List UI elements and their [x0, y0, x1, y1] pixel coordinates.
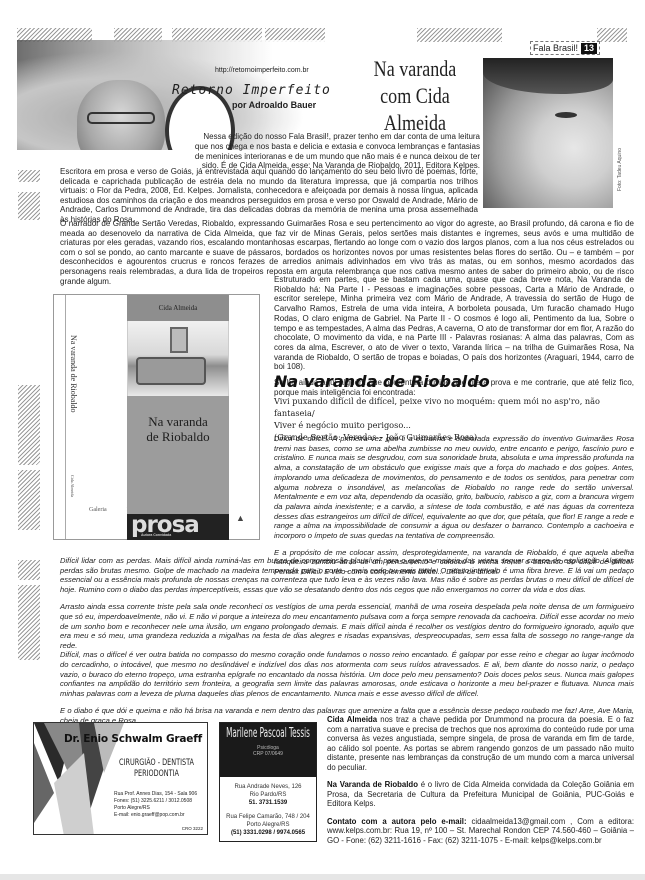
illustration-sofa: [136, 357, 206, 385]
cover-title: Na varanda de Riobaldo: [127, 414, 229, 444]
dentist-email[interactable]: E-mail: enio.graeff@pop.com.br: [114, 812, 197, 819]
office-2-city: Porto Alegre/RS: [220, 821, 316, 829]
dentist-contact: Rua Prof. Annes Dias, 154 - Sala 906 Fon…: [114, 791, 197, 819]
excerpt-continued: Difícil lidar com as perdas. Mais difíci…: [60, 556, 634, 726]
excerpt-paragraph: Difícil de difícel. A primeira vez que l…: [274, 434, 634, 541]
epigraph-line-1: Vivi puxando difícil de difícel, peixe v…: [274, 395, 634, 419]
office-1-city: Rio Pardo/RS: [220, 791, 316, 799]
closing-lead: Na Varanda de Riobaldo: [327, 780, 418, 789]
excerpt-title: Na varanda de Riobaldo: [274, 372, 490, 391]
dentist-specialty: CIRURGIÃO - DENTISTA PERIODONTIA: [112, 758, 201, 780]
specialty-line-2: PERIODONTIA: [112, 769, 201, 780]
closing-paragraph-1: Cida Almeida nos traz a chave pedida por…: [327, 715, 634, 772]
dentist-phones: Fones: (51) 3225.6211 / 3012.0508: [114, 798, 197, 805]
newspaper-page: Fala Brasil! 13 http://retornoimperfeito…: [0, 0, 645, 880]
page-number: 13: [581, 43, 597, 54]
front-cover: Cida Almeida Na varanda de Riobaldo pros…: [127, 295, 229, 540]
author-portrait: [483, 58, 613, 208]
epigraph-line-2: Viver é negócio muito perigoso...: [274, 419, 634, 431]
column-url[interactable]: http://retornoimperfeito.com.br: [215, 67, 309, 74]
psychologist-ad: Marilene Pascoal Tessis Psicóloga CRP 07…: [219, 722, 317, 842]
page-bottom-edge: [0, 874, 645, 880]
glasses-shape: [87, 112, 155, 124]
spine-title: Na varanda de Riobaldo: [69, 335, 78, 413]
office-2-address: Rua Felipe Camarão, 748 / 204: [220, 813, 316, 821]
intro-paragraph: Nessa edição do nosso Fala Brasil!, praz…: [190, 132, 480, 171]
column-title: Retorno Imperfeito: [172, 83, 331, 98]
office-1-address: Rua Andrade Neves, 126: [220, 783, 316, 791]
office-2-phone: (51) 3331.0298 / 9974.0565: [231, 830, 305, 836]
portrait-hair: [483, 58, 613, 94]
contact-lead: Contato com a autora pelo e-mail:: [327, 817, 467, 826]
cover-author: Cida Almeida: [127, 295, 229, 321]
paragraph-2: Estruturado em partes, que se bastam cad…: [274, 275, 634, 372]
portrait-eye: [555, 112, 577, 118]
article-title: Na varanda com Cida Almeida: [354, 55, 477, 136]
logo-galeria: Galeria: [89, 507, 107, 513]
series-subtitle: Autora Convidada: [141, 533, 171, 537]
dentist-cro: CRO 3222: [182, 826, 203, 831]
column-byline: por Adroaldo Bauer: [232, 100, 316, 110]
contact-paragraph: Contato com a autora pelo e-mail: cidaal…: [327, 817, 634, 846]
office-1: Rua Andrade Neves, 126 Rio Pardo/RS 51. …: [220, 783, 316, 807]
cover-title-line-1: Na varanda: [127, 414, 229, 429]
illustration-window: [170, 327, 188, 353]
spine-author: Cida Almeida: [70, 475, 75, 497]
psychologist-header: Marilene Pascoal Tessis Psicóloga CRP 07…: [220, 723, 316, 777]
closing-lead: Cida Almeida: [327, 715, 377, 724]
excerpt-paragraph: Arrasto ainda essa corrente triste pela …: [60, 602, 634, 698]
dentist-city: Porto Alegre/RS: [114, 805, 197, 812]
spine-line: [65, 295, 66, 539]
title-line-1: Na varanda: [354, 55, 477, 82]
title-line-2: com Cida Almeida: [354, 82, 477, 136]
excerpt-paragraph: Difícil lidar com as perdas. Mais difíci…: [60, 556, 634, 594]
closing-text: Cida Almeida nos traz a chave pedida por…: [327, 715, 634, 845]
book-cover-image: Na varanda de Riobaldo Cida Almeida Gale…: [53, 294, 260, 540]
office-2: Rua Felipe Camarão, 748 / 204 Porto Aleg…: [220, 813, 316, 837]
cover-series-band: prosa Autora Convidada: [127, 514, 229, 540]
dentist-address: Rua Prof. Annes Dias, 154 - Sala 906: [114, 791, 197, 798]
cover-illustration: [127, 321, 229, 396]
publication-name: Fala Brasil!: [533, 43, 578, 53]
specialty-line-1: CIRURGIÃO - DENTISTA: [112, 758, 201, 769]
cover-title-line-2: de Riobaldo: [127, 429, 229, 444]
office-1-phone: 51. 3731.1539: [249, 800, 287, 806]
photo-credit: Foto: Tadeu Aquino: [617, 148, 623, 191]
author-bio-paragraph: Escritora em prosa e verso de Goiás, já …: [60, 167, 478, 225]
closing-paragraph-2: Na Varanda de Riobaldo é o livro de Cida…: [327, 780, 634, 809]
page-tag: Fala Brasil! 13: [530, 41, 600, 55]
psychologist-crp: CRP 07/0649: [220, 751, 316, 757]
psychologist-name: Marilene Pascoal Tessis: [226, 727, 310, 741]
dentist-ad: Dr. Enio Schwalm Graeff CIRURGIÃO - DENT…: [33, 722, 208, 835]
dentist-name: Dr. Enio Schwalm Graeff: [64, 733, 202, 745]
publisher-mark-icon: ▲: [236, 513, 245, 523]
cover-title-area: Na varanda de Riobaldo: [127, 396, 229, 514]
